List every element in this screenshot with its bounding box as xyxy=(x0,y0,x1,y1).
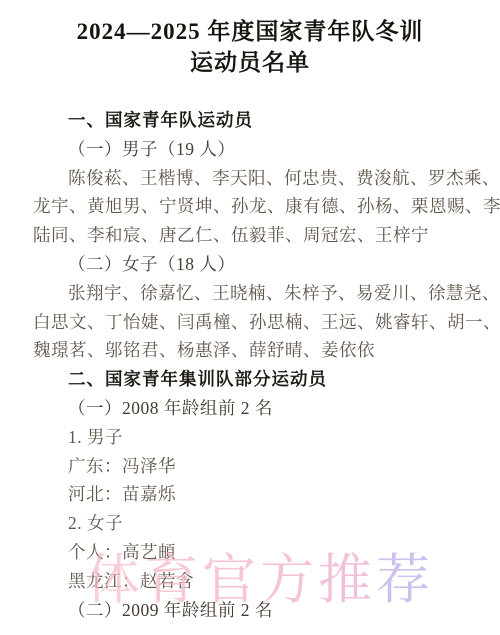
document-title-line1: 2024—2025 年度国家青年队冬训 xyxy=(0,16,500,47)
document-line: 陆同、李和宸、唐乙仁、伍毅菲、周冠宏、王梓宁 xyxy=(33,221,470,250)
document-line: 广东：冯泽华 xyxy=(33,452,470,481)
document-line: 张翔宇、徐嘉忆、王晓楠、朱梓予、易爱川、徐慧尧、 xyxy=(33,279,470,308)
document-body: 一、国家青年队运动员（一）男子（19 人）陈俊菘、王楷博、李天阳、何忠贵、费浚航… xyxy=(33,106,470,624)
document-line: 2. 女子 xyxy=(33,509,470,538)
document-line: 陈俊菘、王楷博、李天阳、何忠贵、费浚航、罗杰乘、 xyxy=(33,164,470,193)
document-title-line2: 运动员名单 xyxy=(0,47,500,78)
document-line: 1. 男子 xyxy=(33,423,470,452)
document-line: 一、国家青年队运动员 xyxy=(33,106,470,135)
document-line: 河北：苗嘉烁 xyxy=(33,480,470,509)
document-line: （二）2009 年龄组前 2 名 xyxy=(33,596,470,625)
document-line: （二）女子（18 人） xyxy=(33,250,470,279)
document-line: 二、国家青年集训队部分运动员 xyxy=(33,365,470,394)
document-line: 黑龙江：赵若含 xyxy=(33,567,470,596)
document-line: 龙宇、黄旭男、宁贤坤、孙龙、康有德、孙杨、栗恩赐、李 xyxy=(33,192,470,221)
document-page: 2024—2025 年度国家青年队冬训 运动员名单 一、国家青年队运动员（一）男… xyxy=(0,0,500,635)
document-line: （一）2008 年龄组前 2 名 xyxy=(33,394,470,423)
document-line: 个人：高艺頔 xyxy=(33,538,470,567)
document-line: 魏璟茗、邬铭君、杨惠泽、薛舒晴、姜依依 xyxy=(33,336,470,365)
document-line: （一）男子（19 人） xyxy=(33,135,470,164)
document-line: 白思文、丁怡婕、闫禹橦、孙思楠、王远、姚睿轩、胡一、 xyxy=(33,308,470,337)
document-title: 2024—2025 年度国家青年队冬训 运动员名单 xyxy=(0,0,500,78)
